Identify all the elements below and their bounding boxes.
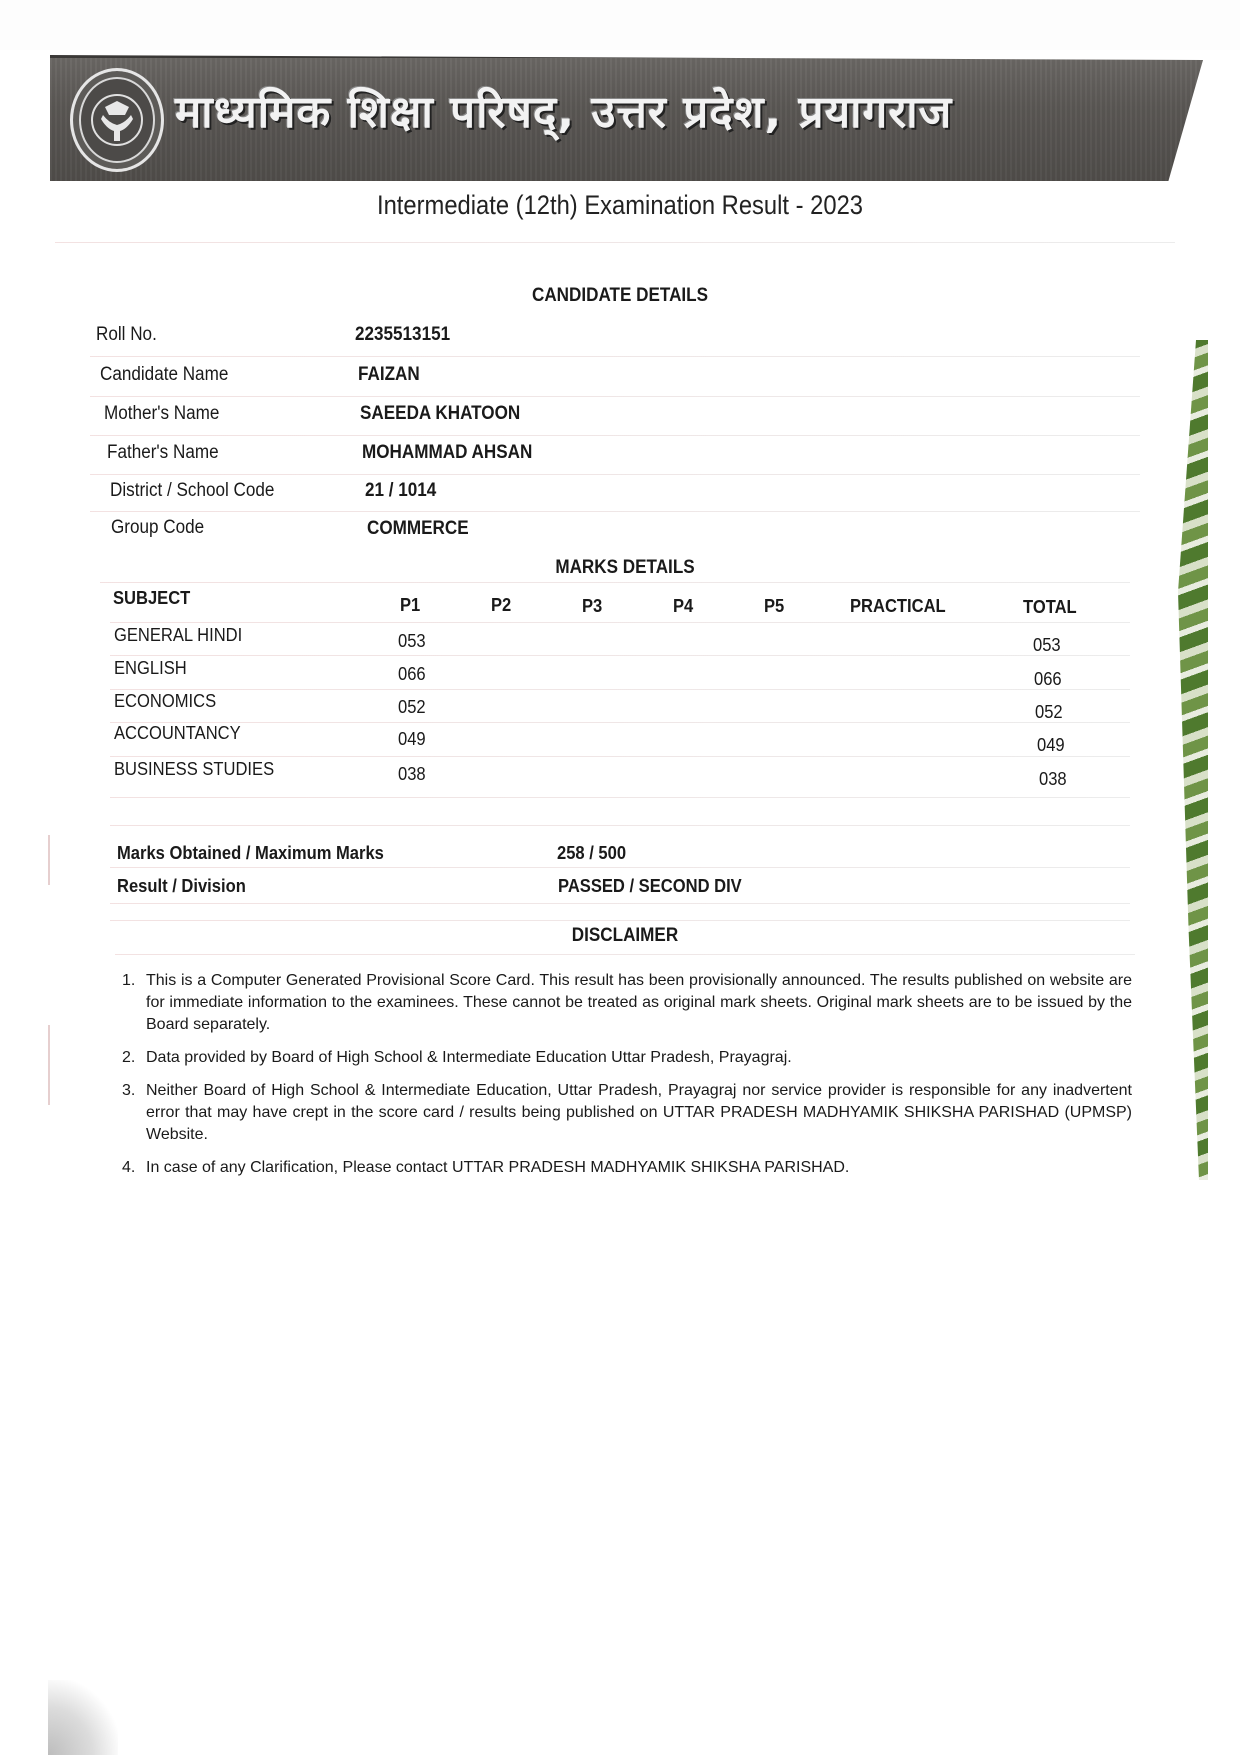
p1-cell: 052 [398, 697, 426, 718]
board-name-hindi: माध्यमिक शिक्षा परिषद्, उत्तर प्रदेश, प्… [175, 80, 952, 140]
p1-cell: 066 [398, 664, 426, 685]
column-header-p5: P5 [764, 596, 784, 617]
column-header-total: TOTAL [1023, 597, 1077, 618]
candidate-name-label: Candidate Name [100, 364, 228, 386]
divider [110, 825, 1130, 826]
upmsp-emblem-icon [70, 68, 164, 172]
group-code-value: COMMERCE [367, 518, 469, 540]
paper-shadow [48, 1680, 118, 1755]
edge-mark [48, 835, 50, 885]
exam-title: Intermediate (12th) Examination Result -… [74, 190, 1165, 221]
divider [90, 396, 1140, 397]
page-top-margin [0, 0, 1240, 50]
divider [100, 582, 1130, 583]
divider [55, 242, 1175, 243]
disclaimer-item: 1. This is a Computer Generated Provisio… [122, 970, 1132, 1036]
subject-cell: BUSINESS STUDIES [114, 759, 274, 780]
column-header-p2: P2 [491, 595, 511, 616]
fathers-name-label: Father's Name [107, 442, 219, 464]
p1-cell: 038 [398, 764, 426, 785]
disclaimer-item: 4. In case of any Clarification, Please … [122, 1157, 1132, 1179]
edge-mark [48, 1025, 50, 1105]
disclaimer-item-text: In case of any Clarification, Please con… [146, 1159, 849, 1176]
emblem-graphic [89, 89, 145, 151]
divider [110, 722, 1130, 723]
column-header-subject: SUBJECT [113, 588, 190, 609]
disclaimer-item: 3. Neither Board of High School & Interm… [122, 1080, 1132, 1146]
mothers-name-label: Mother's Name [104, 403, 219, 425]
subject-cell: ENGLISH [114, 658, 187, 679]
disclaimer-item-number: 3. [122, 1080, 135, 1102]
divider [110, 756, 1130, 757]
column-header-p1: P1 [400, 595, 420, 616]
disclaimer-item-text: Data provided by Board of High School & … [146, 1049, 792, 1066]
divider [115, 954, 1135, 955]
disclaimer-item: 2. Data provided by Board of High School… [122, 1047, 1132, 1069]
divider [110, 655, 1130, 656]
roll-no-value: 2235513151 [355, 324, 450, 346]
divider [110, 689, 1130, 690]
divider [110, 920, 1130, 921]
disclaimer-item-text: This is a Computer Generated Provisional… [146, 972, 1132, 1033]
marks-obtained-value: 258 / 500 [557, 843, 626, 864]
total-cell: 049 [1037, 735, 1065, 756]
roll-no-label: Roll No. [96, 324, 157, 346]
total-cell: 038 [1039, 769, 1067, 790]
disclaimer-item-text: Neither Board of High School & Intermedi… [146, 1082, 1132, 1143]
subject-cell: ACCOUNTANCY [114, 723, 241, 744]
candidate-name-value: FAIZAN [358, 364, 420, 386]
column-header-p3: P3 [582, 596, 602, 617]
column-header-practical: PRACTICAL [850, 596, 946, 617]
marks-obtained-label: Marks Obtained / Maximum Marks [117, 843, 384, 864]
leaf-photo-artifact [1178, 340, 1208, 1180]
subject-cell: ECONOMICS [114, 691, 216, 712]
divider [110, 903, 1130, 904]
disclaimer-item-number: 1. [122, 970, 135, 992]
subject-cell: GENERAL HINDI [114, 625, 242, 646]
p1-cell: 049 [398, 729, 426, 750]
total-cell: 053 [1033, 635, 1061, 656]
disclaimer-item-number: 4. [122, 1157, 135, 1179]
divider [110, 797, 1130, 798]
result-division-label: Result / Division [117, 876, 246, 897]
divider [90, 511, 1140, 512]
total-cell: 066 [1034, 669, 1062, 690]
divider [110, 867, 1130, 868]
result-division-value: PASSED / SECOND DIV [558, 876, 742, 897]
mothers-name-value: SAEEDA KHATOON [360, 403, 520, 425]
divider [90, 435, 1140, 436]
district-school-code-value: 21 / 1014 [365, 480, 436, 502]
group-code-label: Group Code [111, 517, 204, 539]
divider [110, 622, 1130, 623]
district-school-code-label: District / School Code [110, 480, 274, 502]
candidate-details-heading: CANDIDATE DETAILS [62, 285, 1178, 307]
marks-details-heading: MARKS DETAILS [67, 557, 1183, 579]
divider [90, 356, 1140, 357]
p1-cell: 053 [398, 631, 426, 652]
fathers-name-value: MOHAMMAD AHSAN [362, 442, 532, 464]
disclaimer-heading: DISCLAIMER [67, 925, 1183, 947]
total-cell: 052 [1035, 702, 1063, 723]
column-header-p4: P4 [673, 596, 693, 617]
disclaimer-list: 1. This is a Computer Generated Provisio… [122, 970, 1132, 1190]
divider [90, 474, 1140, 475]
disclaimer-item-number: 2. [122, 1047, 135, 1069]
